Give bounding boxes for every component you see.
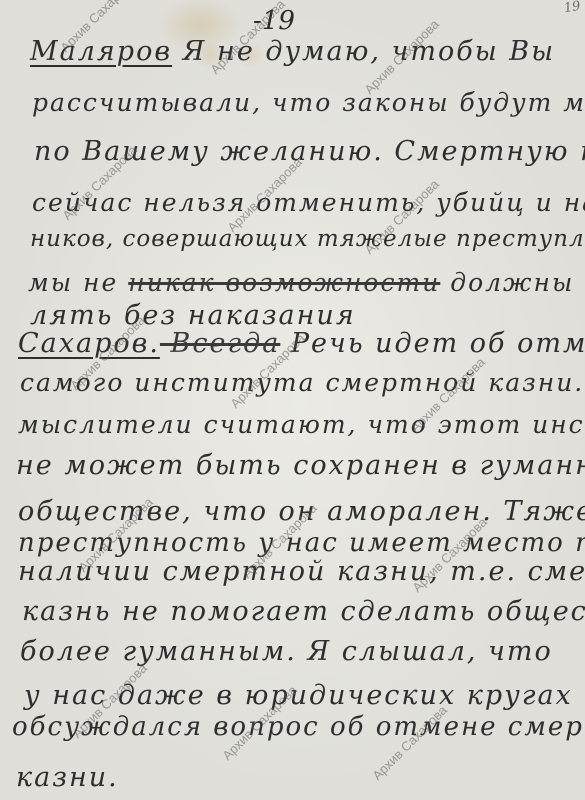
line-text: Я не думаю, чтобы Вы xyxy=(172,36,555,67)
line-text: казнь не помогает сделать общество xyxy=(22,596,585,627)
line-text: мы не xyxy=(28,268,128,297)
line-text: сейчас нельзя отменить, убийц и насиль- xyxy=(32,188,585,217)
page-number: -19 xyxy=(253,6,295,36)
manuscript-line: Маляров Я не думаю, чтобы Вы xyxy=(30,36,555,67)
line-text: обществе, что он аморален. Тяжелая xyxy=(18,496,585,527)
manuscript-line: обществе, что он аморален. Тяжелая xyxy=(18,496,585,527)
corner-page-number: 19 xyxy=(563,0,582,16)
struck-text: Всегда xyxy=(160,328,280,359)
line-text: обсуждался вопрос об отмене смертной xyxy=(12,712,585,742)
line-text: мыслители считают, что этот институт xyxy=(18,410,585,439)
manuscript-line: сейчас нельзя отменить, убийц и насиль- xyxy=(32,188,585,217)
line-text: по Вашему желанию. Смертную казнь xyxy=(34,136,585,167)
manuscript-line: лять без наказания xyxy=(30,300,356,331)
manuscript-line: наличии смертной казни, т.е. смертная xyxy=(18,556,585,587)
line-text: наличии смертной казни, т.е. смертная xyxy=(18,556,585,587)
manuscript-line: ников, совершающих тяжелые преступления, xyxy=(30,226,585,252)
line-text: самого института смертной казни. Многие xyxy=(20,368,585,397)
speaker-name: Сахаров. xyxy=(18,328,160,359)
manuscript-page: -19 19 Маляров Я не думаю, чтобы Вы расс… xyxy=(0,0,585,800)
line-text: казни. xyxy=(16,762,119,793)
manuscript-line: обсуждался вопрос об отмене смертной xyxy=(12,712,585,742)
line-text: не может быть сохранен в гуманном xyxy=(16,450,585,481)
line-text: преступность у нас имеет место при xyxy=(18,528,585,558)
manuscript-line: преступность у нас имеет место при xyxy=(18,528,585,558)
manuscript-line: рассчитывали, что законы будут меняться xyxy=(32,88,585,117)
manuscript-line: казнь не помогает сделать общество xyxy=(22,596,585,627)
manuscript-line: не может быть сохранен в гуманном xyxy=(16,450,585,481)
speaker-name: Маляров xyxy=(30,36,172,67)
line-text: более гуманным. Я слышал, что xyxy=(20,636,553,667)
line-text: должны остав- xyxy=(440,268,585,297)
manuscript-line: казни. xyxy=(16,762,119,793)
line-text: ников, совершающих тяжелые преступления, xyxy=(30,226,585,252)
manuscript-line: по Вашему желанию. Смертную казнь xyxy=(34,136,585,167)
manuscript-line: мы не никак возможности должны остав- xyxy=(28,268,585,297)
manuscript-line: самого института смертной казни. Многие xyxy=(20,368,585,397)
manuscript-line: более гуманным. Я слышал, что xyxy=(20,636,553,667)
manuscript-line: Сахаров. Всегда Речь идет об отмене xyxy=(18,328,585,359)
manuscript-line: мыслители считают, что этот институт xyxy=(18,410,585,439)
line-text: лять без наказания xyxy=(30,300,356,331)
line-text: Речь идет об отмене xyxy=(280,328,585,359)
line-text: у нас даже в юридических кругах xyxy=(24,680,573,711)
manuscript-line: у нас даже в юридических кругах xyxy=(24,680,573,711)
struck-text: никак возможности xyxy=(128,268,440,297)
line-text: рассчитывали, что законы будут меняться xyxy=(32,88,585,117)
